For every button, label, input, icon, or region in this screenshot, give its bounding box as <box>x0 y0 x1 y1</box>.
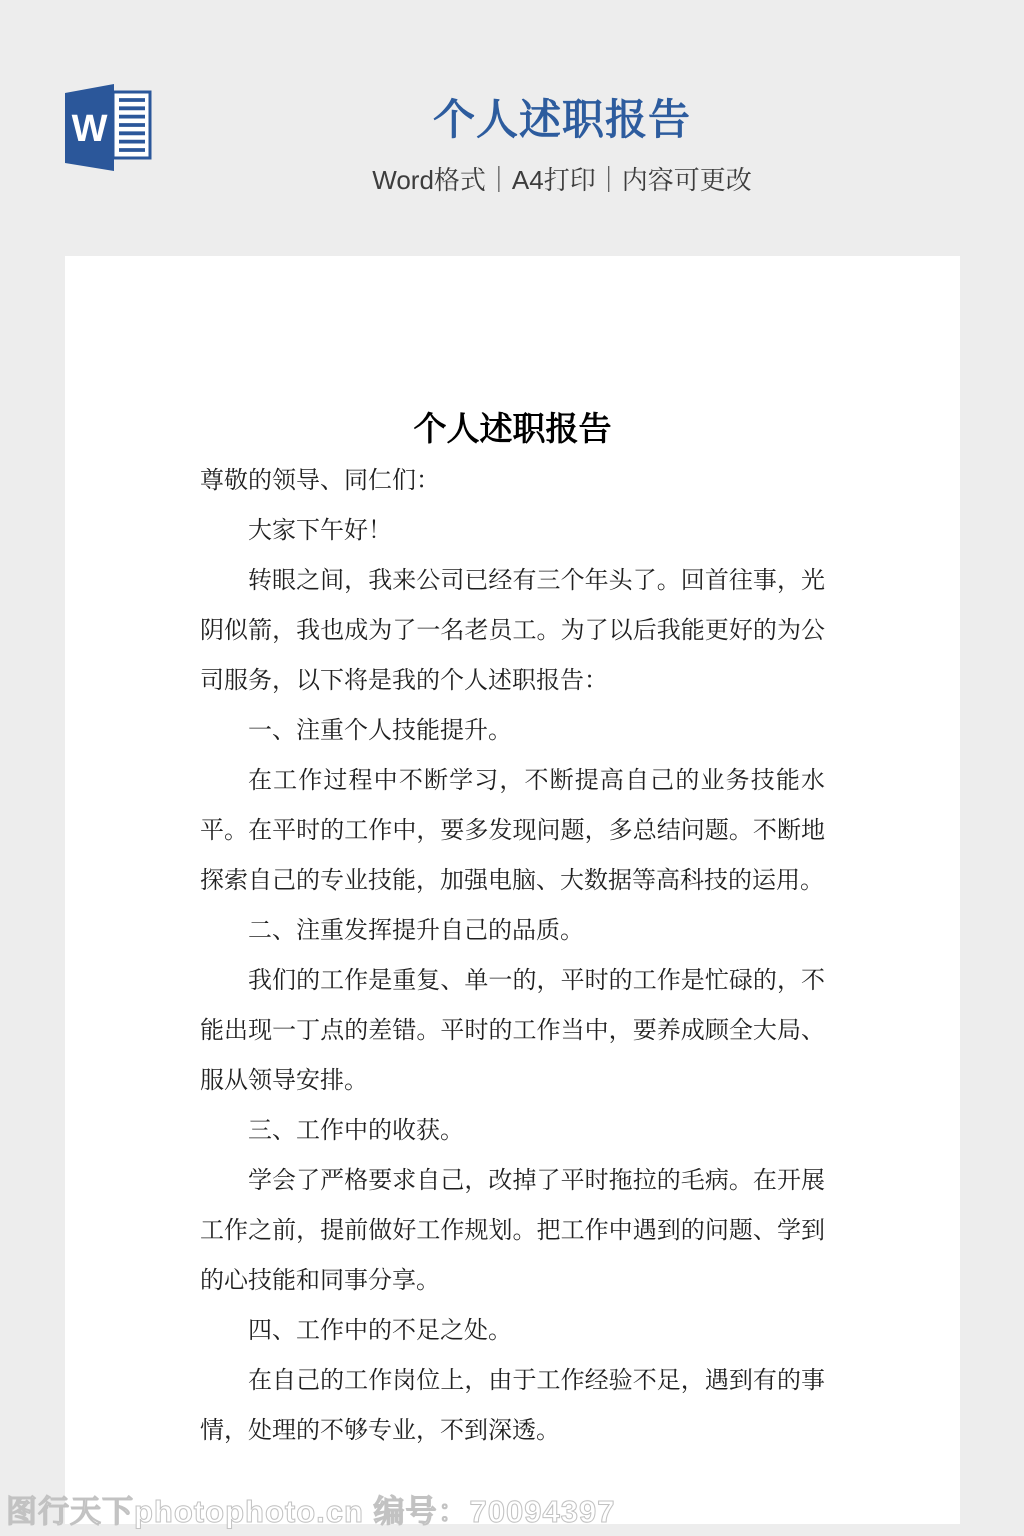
paragraph: 我们的工作是重复、单一的，平时的工作是忙碌的，不能出现一丁点的差错。平时的工作当… <box>200 956 825 1106</box>
document-title: 个人述职报告 <box>200 404 825 456</box>
paragraph: 在工作过程中不断学习，不断提高自己的业务技能水平。在平时的工作中，要多发现问题，… <box>200 756 825 906</box>
template-title: 个人述职报告 <box>100 97 1024 143</box>
section-heading: 一、注重个人技能提升。 <box>200 706 825 756</box>
header-text-block: 个人述职报告 Word格式｜A4打印｜内容可更改 <box>100 0 1024 195</box>
site-watermark: 图行天下photophoto.cn 编号：70094397 <box>6 1486 615 1531</box>
section-heading: 二、注重发挥提升自己的品质。 <box>200 906 825 956</box>
paragraph: 在自己的工作岗位上，由于工作经验不足，遇到有的事情，处理的不够专业，不到深透。 <box>200 1356 825 1456</box>
section-heading: 三、工作中的收获。 <box>200 1106 825 1156</box>
section-heading: 四、工作中的不足之处。 <box>200 1306 825 1356</box>
paragraph-salutation: 尊敬的领导、同仁们： <box>200 456 825 506</box>
paragraph: 转眼之间，我来公司已经有三个年头了。回首往事，光阴似箭，我也成为了一名老员工。为… <box>200 556 825 706</box>
document-page: 个人述职报告 尊敬的领导、同仁们： 大家下午好！ 转眼之间，我来公司已经有三个年… <box>65 256 960 1524</box>
template-subtitle: Word格式｜A4打印｜内容可更改 <box>100 165 1024 195</box>
document-body: 尊敬的领导、同仁们： 大家下午好！ 转眼之间，我来公司已经有三个年头了。回首往事… <box>200 456 825 1456</box>
header: W 个人述职报告 Word格式｜A4打印｜内容可更改 <box>0 0 1024 230</box>
paragraph: 学会了严格要求自己，改掉了平时拖拉的毛病。在开展工作之前，提前做好工作规划。把工… <box>200 1156 825 1306</box>
paragraph: 大家下午好！ <box>200 506 825 556</box>
